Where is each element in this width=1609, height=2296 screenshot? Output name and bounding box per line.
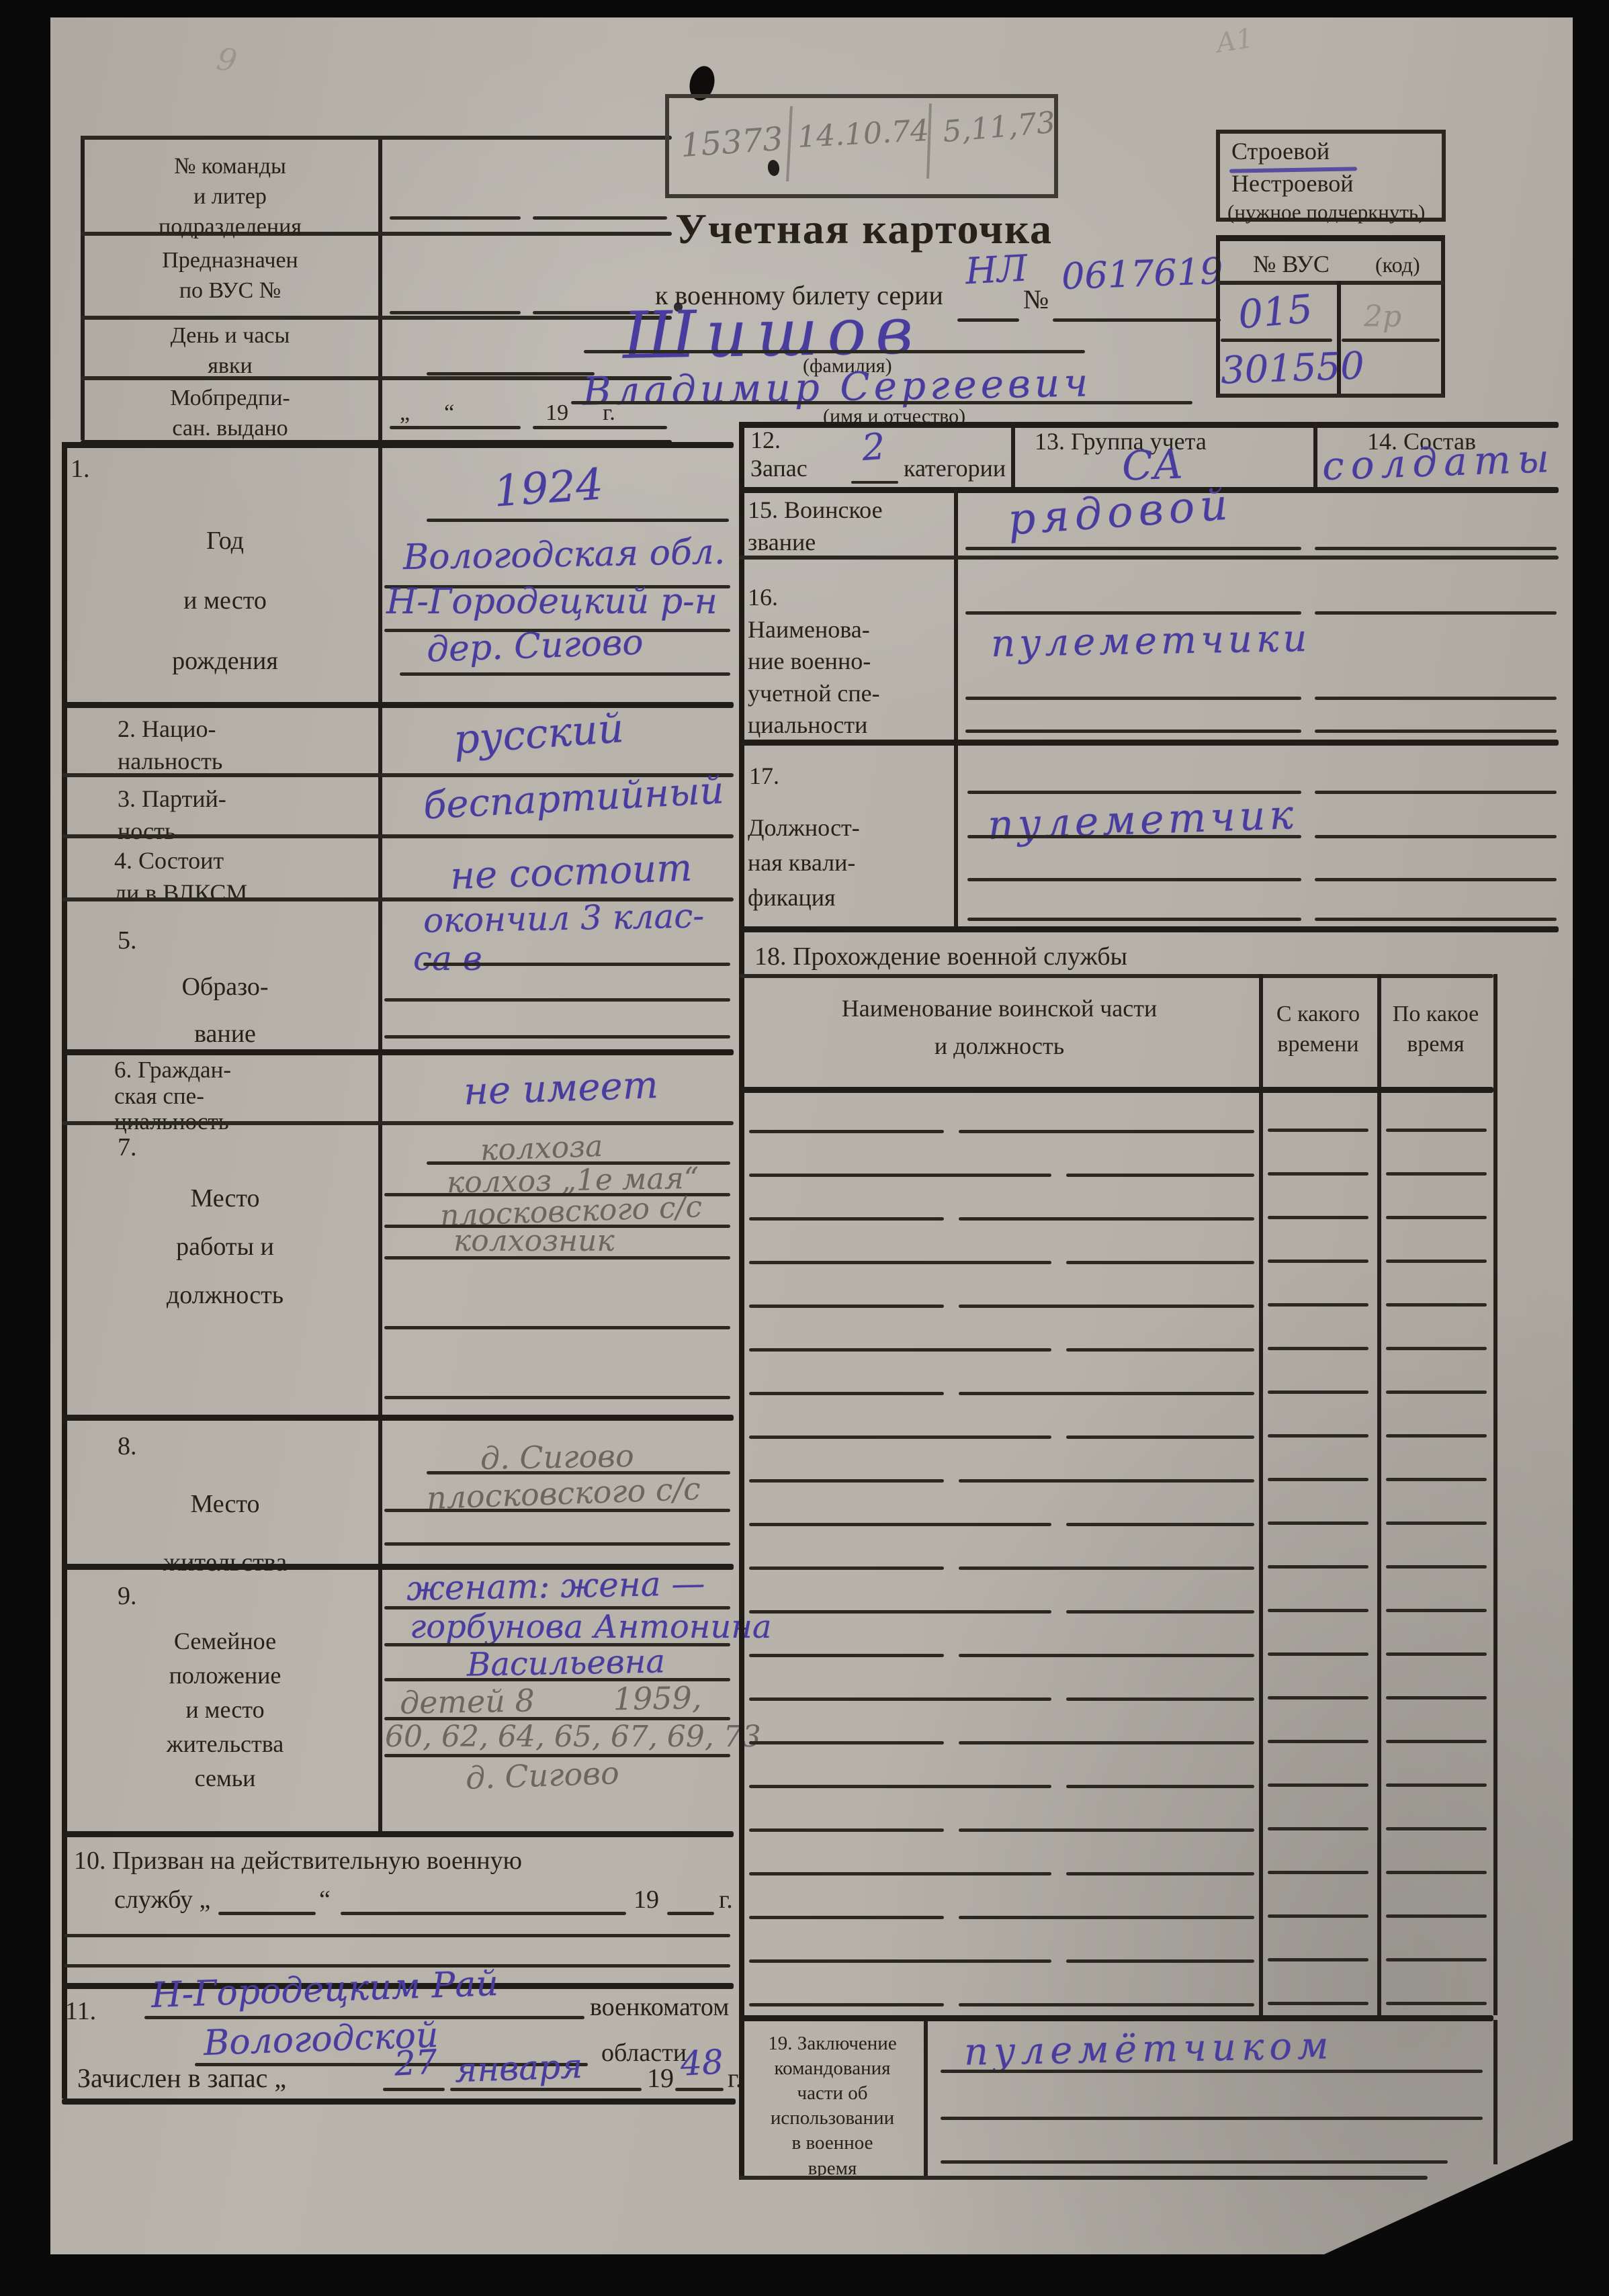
vus-mid-line-a [1221, 339, 1332, 342]
service-table-row-line [1386, 1696, 1487, 1699]
s1-label: Год и место рождения [91, 511, 359, 691]
s19-line3 [941, 2160, 1448, 2164]
service-table-row-line [1386, 1478, 1487, 1481]
stroevoi-line3: (нужное подчеркнуть) [1227, 200, 1425, 224]
vus-right [1441, 235, 1445, 398]
service-table-row-line [959, 1130, 1254, 1133]
s18-col2-header: С какого времени [1261, 1000, 1375, 1060]
s11-printed1: военкоматом [590, 1992, 729, 2022]
s5-line3 [384, 1035, 730, 1039]
vus-header-left: № ВУС [1253, 250, 1330, 278]
service-table-row-line [749, 1392, 944, 1395]
s18-col1-header: Наименование воинской части и должность [749, 990, 1250, 1065]
r17-line3b [1315, 878, 1557, 881]
service-table-row-line [1066, 1785, 1254, 1788]
service-table-row-line [1268, 1871, 1368, 1874]
s19-bottom [739, 2176, 1428, 2180]
service-table-row-line [959, 1479, 1254, 1483]
tlb-r4-line-b [533, 426, 667, 429]
service-table-row-line [959, 1916, 1254, 1919]
service-table-row-line [1386, 1434, 1487, 1438]
service-table-row-line [1268, 1129, 1368, 1132]
service-table-row-line [1268, 1303, 1368, 1307]
service-table-row-line [1386, 1216, 1487, 1219]
service-table-row-line [959, 1654, 1254, 1657]
s13-value: СА [1121, 441, 1184, 490]
service-table-row-line [959, 1392, 1254, 1395]
s9-bottom [62, 1831, 734, 1837]
s11-printed3: Зачислен в запас „ [77, 2062, 286, 2094]
service-table-row-line [1268, 1390, 1368, 1394]
s17-num: 17. [749, 762, 779, 790]
service-table-row-line [749, 1523, 1051, 1526]
service-table-row-line [749, 1828, 944, 1832]
service-table-row-line [1386, 1914, 1487, 1918]
vus-top [1216, 235, 1444, 241]
s8-line2 [384, 1509, 730, 1512]
service-table-row-line [1386, 1172, 1487, 1176]
service-table-row-line [1268, 1172, 1368, 1176]
r17-line2a [967, 835, 1301, 838]
service-table-row-line [959, 1305, 1254, 1308]
r15-divider [954, 487, 958, 927]
service-table-row-line [1066, 1959, 1254, 1963]
vus-header-line [1216, 281, 1444, 285]
service-table-row-line [1386, 1347, 1487, 1350]
service-table-row-line [1268, 1347, 1368, 1350]
service-table-row-line [1268, 1216, 1368, 1219]
s19-line2 [941, 2117, 1483, 2120]
service-table-row-line [749, 1654, 944, 1657]
tlb-row1-label: № команды и литер подразделения [91, 152, 369, 242]
service-table-row-line [1268, 2002, 1368, 2005]
s8-label: Место жительства [91, 1475, 359, 1593]
r15-line-a [965, 547, 1301, 550]
corner-pencil-note: А1 [1214, 23, 1256, 59]
service-table-row-line [1386, 1652, 1487, 1656]
s18-title: 18. Прохождение военной службы [754, 942, 1127, 971]
s18-right-border [1493, 974, 1497, 2015]
s17-label: Должност- ная квали- фикация [748, 810, 949, 916]
service-table-row-line [749, 1959, 1051, 1963]
service-table-row-line [1268, 1696, 1368, 1699]
s2-label: 2. Нацио- нальность [118, 713, 373, 777]
card-paper: А1 9 № команды и литер подразделения Пре… [50, 17, 1573, 2254]
number-sign: № [1023, 283, 1049, 315]
right-col-border [739, 422, 744, 2180]
r16-line2a [965, 697, 1301, 700]
tlb-r1-line-a [390, 216, 521, 220]
s8-num: 8. [118, 1431, 137, 1461]
r16-line2b [1315, 697, 1557, 700]
s10-blank-a [218, 1912, 316, 1915]
s16-label: 16. Наименова- ние военно- учетной спе- … [748, 582, 949, 742]
service-table-row-line [1386, 1740, 1487, 1743]
stroevoi-line1: Строевой [1231, 137, 1330, 165]
s5-line2 [384, 998, 730, 1002]
s12-underline [851, 481, 898, 484]
s12-category-value: 2 [861, 425, 887, 469]
s7-num: 7. [118, 1133, 137, 1162]
s7-label: Место работы и должность [91, 1174, 359, 1320]
service-table-row-line [749, 1348, 1051, 1352]
tlb-row4-label: Мобпредпи- сан. выдано [91, 384, 369, 444]
tlb-left-border [81, 136, 85, 440]
service-table-row-line [1386, 1958, 1487, 1961]
stamp-date-1: 14.10.74 [797, 114, 930, 154]
service-table-row-line [1268, 1958, 1368, 1961]
service-table-row-line [959, 1217, 1254, 1221]
s5-line1 [423, 963, 730, 966]
service-table-row-line [1268, 1434, 1368, 1438]
s11-month-line [450, 2088, 642, 2091]
service-table-row-line [1268, 1914, 1368, 1918]
series-underline [957, 318, 1019, 322]
s7-line6 [384, 1396, 730, 1399]
r17-bottom [739, 926, 1559, 932]
s3-value: беспартийный [423, 768, 726, 828]
s9-ink1: женат: жена — [406, 1564, 705, 1608]
r17-line3a [967, 878, 1301, 881]
s6-value: не имеет [463, 1063, 659, 1114]
service-table-row-line [1066, 1261, 1254, 1264]
service-table-row-line [749, 1217, 944, 1221]
stamp-number: 15373 [679, 120, 784, 165]
service-table-row-line [1066, 1523, 1254, 1526]
s9-pencil2: 60, 62, 64, 65, 67, 69, 73 [385, 1720, 761, 1754]
service-table-row-line [1066, 1697, 1254, 1701]
tlb-r3-line [427, 372, 595, 376]
s16-value: пулеметчики [990, 617, 1311, 666]
vus-value1-code: 2р [1364, 300, 1401, 334]
r15-bottom [739, 556, 1559, 560]
s9-ink2: горбунова Антонина [410, 1608, 772, 1646]
r12-13-divider [1011, 422, 1015, 487]
service-table-row-line [1066, 1348, 1254, 1352]
vus-left [1216, 235, 1220, 398]
vus-value1: 015 [1236, 285, 1314, 337]
s18-col-divider-1 [1259, 974, 1263, 2015]
service-table-row-line [749, 1130, 944, 1133]
service-table-row-line [1268, 1783, 1368, 1787]
s5-bottom [62, 1049, 734, 1055]
s9-label: Семейное положение и место жительства се… [91, 1624, 359, 1796]
service-table-row-line [1268, 1521, 1368, 1525]
service-table-row-line [749, 1305, 944, 1308]
s1-num: 1. [71, 454, 90, 484]
s5-num: 5. [118, 926, 137, 955]
s12-word2: категории [904, 454, 1006, 482]
s11-num: 11. [65, 1996, 96, 2026]
s9-num: 9. [118, 1581, 137, 1611]
service-table-row-line [1268, 1652, 1368, 1656]
s1-value-village: дер. Сигово [426, 622, 644, 670]
given-names-underline [571, 401, 1192, 404]
service-table-row-line [1268, 1565, 1368, 1569]
service-table-row-line [1268, 1740, 1368, 1743]
s7-bottom [62, 1415, 734, 1421]
page-title: Учетная карточка [675, 204, 1053, 254]
s11-day: 27 [394, 2042, 439, 2083]
r16-bottom [739, 740, 1559, 746]
r17-line4a [967, 918, 1301, 921]
tlb-top-line [81, 136, 672, 140]
s10-rule1 [64, 1934, 730, 1937]
s11-month: января [454, 2047, 583, 2090]
service-table-row-line [1386, 2002, 1487, 2005]
vus-value2: 301550 [1220, 344, 1365, 392]
r17-line1b [1315, 791, 1557, 794]
s14-value: солдаты [1321, 435, 1557, 489]
s17-value: пулеметчик [987, 791, 1298, 849]
service-table-row-line [959, 1828, 1254, 1832]
tlb-row2-label: Предназначен по ВУС № [91, 246, 369, 306]
s10-line2c: 19 [634, 1885, 659, 1914]
service-table-row-line [749, 1697, 1051, 1701]
s1-line1 [427, 519, 729, 522]
service-table-row-line [1386, 1390, 1487, 1394]
s2-value: русский [452, 705, 625, 764]
vus-header-right: (код) [1375, 253, 1420, 277]
s19-value: пулемётчиком [963, 2024, 1334, 2074]
service-table-row-line [1386, 1129, 1487, 1132]
service-table-row-line [1386, 1871, 1487, 1874]
s10-line2b: “ [319, 1885, 331, 1914]
tlb-sep2 [81, 316, 672, 320]
tlb-r4-line-a [390, 426, 521, 429]
service-table-row-line [749, 1261, 1051, 1264]
s5-label: Образо- вание [91, 963, 359, 1058]
s1-value-raion: Н-Городецкий р-н [386, 582, 717, 622]
s10-blank-c [667, 1912, 714, 1915]
s19-label: 19. Заключение командования части об исп… [746, 2031, 919, 2181]
service-table-row-line [1386, 1827, 1487, 1830]
service-table-row-line [749, 1785, 1051, 1788]
tlb-r2-line-a [390, 311, 521, 314]
s3-bottom [62, 834, 734, 838]
s6-bottom [62, 1121, 734, 1125]
s15-label: 15. Воинское звание [748, 494, 949, 558]
left-col-top [62, 442, 734, 448]
s4-value: не состоит [449, 846, 693, 899]
service-table-row-line [1386, 1783, 1487, 1787]
scanned-military-card-page: { "marks": { "stamp1": "15373", "stamp2"… [0, 0, 1609, 2296]
s7-line4 [384, 1256, 730, 1260]
service-table-row-line [1386, 1609, 1487, 1612]
s18-table-bottom [739, 2015, 1493, 2021]
left-col-divider [378, 442, 382, 1831]
s11-year-hw: 48 [680, 2042, 725, 2083]
service-table-row-line [1066, 1610, 1254, 1614]
s5-value1: окончил 3 клас- [423, 896, 705, 940]
service-table-row-line [1386, 1565, 1487, 1569]
service-table-row-line [1268, 1827, 1368, 1830]
service-table-row-line [749, 1436, 1051, 1439]
s9-pencil3: д. Сигово [465, 1755, 619, 1796]
service-table-row-line [749, 1566, 944, 1570]
service-table-row-line [749, 1610, 1051, 1614]
tlb-r1-line-b [533, 216, 667, 220]
top-left-scribble: 9 [214, 40, 240, 79]
s12-word1: Запас [750, 454, 808, 482]
number-underline [1053, 318, 1221, 322]
r17-line4b [1315, 918, 1557, 921]
r16-line3b [1315, 730, 1557, 733]
service-table-row-line [749, 1916, 944, 1919]
stroevoi-line2: Нестроевой [1231, 169, 1353, 197]
s18-col3-header: По какое время [1379, 1000, 1492, 1060]
s11-year-line [675, 2088, 724, 2091]
s7-line5 [384, 1326, 730, 1329]
s18-col-divider-2 [1377, 974, 1381, 2015]
r13-14-divider [1313, 422, 1317, 487]
s9-pencil1: детей 8 1959, [400, 1679, 702, 1721]
vus-bottom [1216, 394, 1444, 398]
service-table-row-line [1386, 1521, 1487, 1525]
r16-line3a [965, 730, 1301, 733]
s10-line1: 10. Призван на действительную военную [74, 1846, 522, 1875]
service-table-row-line [959, 2003, 1254, 2006]
s10-line2a: службу „ [114, 1885, 210, 1914]
s11-year-printed: 19 [647, 2062, 674, 2094]
s10-blank-b [341, 1912, 626, 1915]
r15-line-b [1315, 547, 1557, 550]
r16-line1a [965, 611, 1301, 615]
s7-value4: колхозник [453, 1224, 615, 1258]
s19-line1 [941, 2070, 1483, 2073]
service-table-row-line [1268, 1478, 1368, 1481]
s11-day-line [383, 2088, 445, 2091]
series-value: НЛ [964, 247, 1028, 293]
s18-header-bottom [739, 1087, 1493, 1093]
service-table-row-line [959, 1566, 1254, 1570]
surname-underline [584, 350, 1085, 353]
s12-num: 12. [750, 426, 781, 454]
service-table-row-line [1066, 1872, 1254, 1875]
service-table-row-line [1066, 1436, 1254, 1439]
s11-hw1: Н-Городецким Рай [150, 1963, 499, 2016]
service-table-row-line [749, 1174, 1051, 1177]
s1-bottom [62, 702, 734, 708]
service-table-row-line [1066, 1174, 1254, 1177]
tlb-divider [378, 136, 382, 440]
r17-line2b [1315, 835, 1557, 838]
s10-line2d: г. [719, 1885, 733, 1914]
s8-line3 [384, 1542, 730, 1546]
s5-value2: са в [413, 939, 482, 978]
s1-value-year: 1924 [492, 459, 605, 517]
service-table-row-line [1268, 1609, 1368, 1612]
r16-line1b [1315, 611, 1557, 615]
left-col-border [62, 442, 67, 2099]
service-table-row-line [959, 1741, 1254, 1745]
s19-right-border [1493, 2020, 1497, 2164]
service-table-row-line [749, 1741, 944, 1745]
s1-line4 [400, 672, 730, 676]
service-table-row-line [749, 2003, 944, 2006]
s11-bottom [62, 2099, 736, 2105]
service-table-row-line [749, 1479, 944, 1483]
tlb-row3-label: День и часы явки [91, 321, 369, 382]
number-value: 0617619 [1061, 250, 1224, 298]
service-table-row-line [749, 1872, 1051, 1875]
s1-value-oblast: Вологодская обл. [403, 532, 726, 578]
service-table-row-line [1268, 1260, 1368, 1263]
s19-divider [924, 2020, 928, 2180]
service-table-row-line [1386, 1260, 1487, 1263]
vus-mid-line-b [1342, 339, 1440, 342]
service-table-row-line [1386, 1303, 1487, 1307]
